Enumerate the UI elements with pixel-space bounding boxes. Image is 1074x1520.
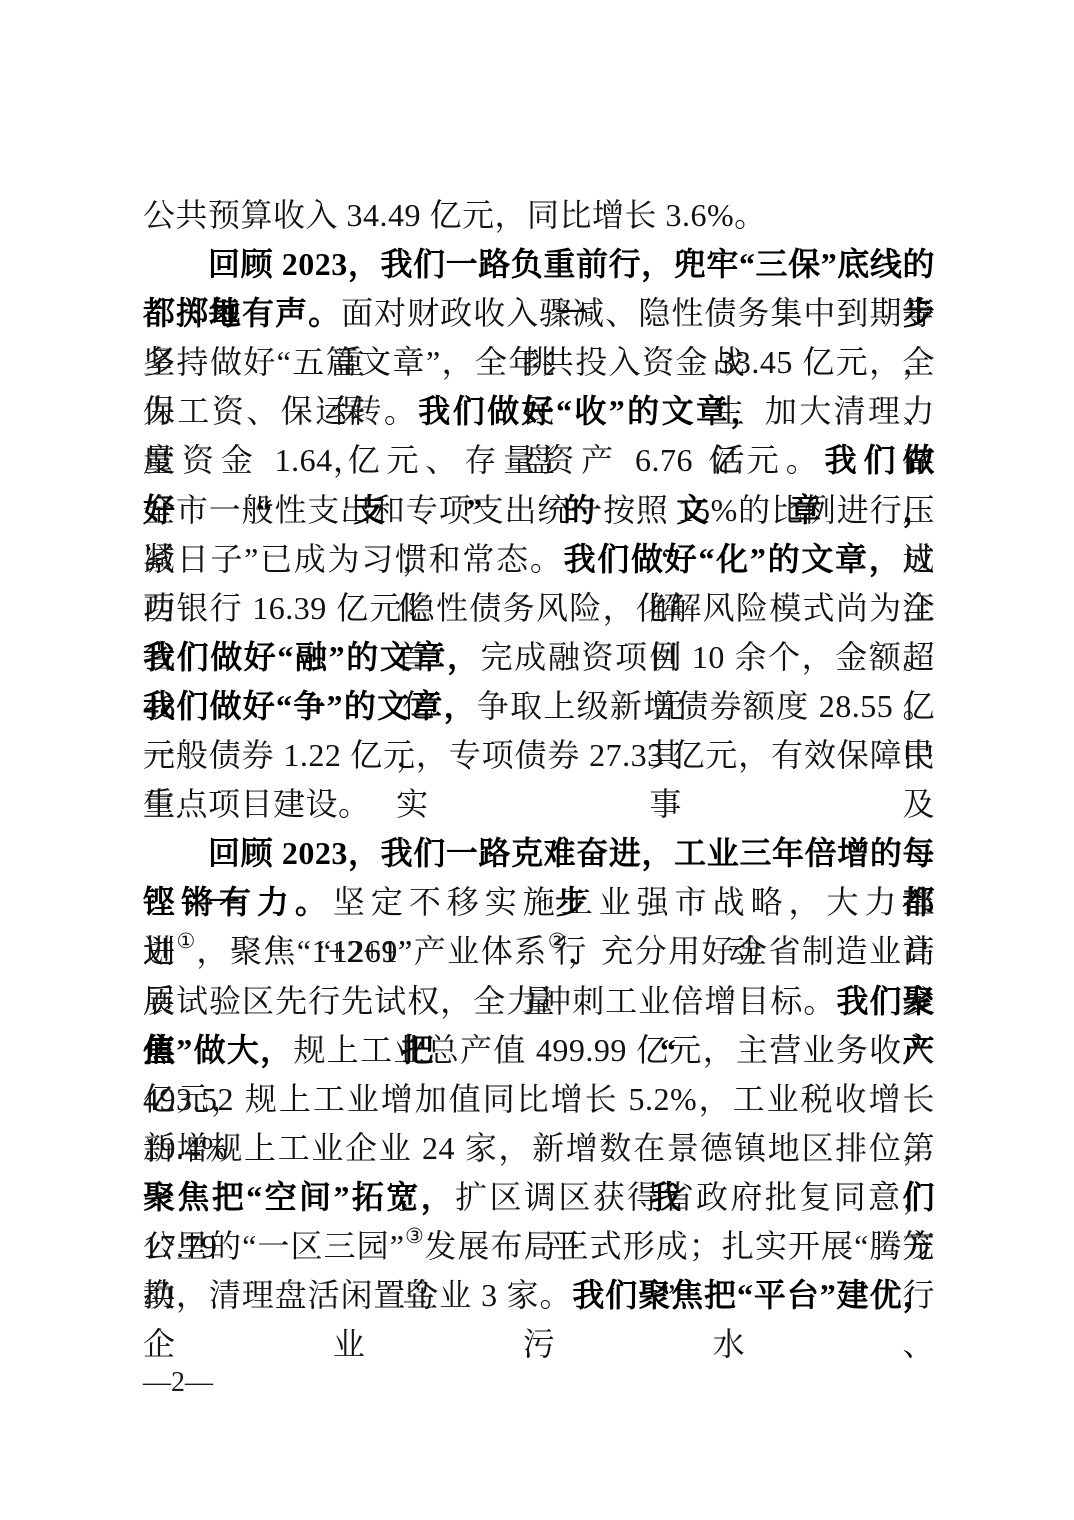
- text-segment: 值”做大，: [143, 1032, 293, 1068]
- text-line: 保工资、保运转。我们做好“收”的文章，加大清理力度，盘活存: [143, 387, 935, 436]
- text-line: 铿锵有力。坚定不移实施工业强市战略，大力推进“1269”行动计: [143, 878, 935, 927]
- text-line: 坚持做好“五篇文章”，全年共投入资金 33.45 亿元，全力保民生、: [143, 338, 935, 387]
- text-segment: 都掷地有声。: [143, 295, 341, 331]
- text-line: 展试验区先行先试权，全力冲刺工业倍增目标。我们聚焦把“产: [143, 977, 935, 1026]
- text-segment: 重点项目建设。: [143, 786, 371, 822]
- footnote-marker: ③: [404, 1224, 424, 1248]
- text-segment: 划: [143, 933, 177, 969]
- text-segment: 我们做好“争”的文章，: [143, 688, 477, 724]
- text-line: 我们做好“争”的文章，争取上级新增债券额度 28.55 亿元，其中: [143, 682, 935, 731]
- text-line: 紧日子”已成为习惯和常态。我们做好“化”的文章，成功化解江: [143, 535, 935, 584]
- text-line: 公共预算收入 34.49 亿元，同比增长 3.6%。: [143, 191, 935, 240]
- document-page: 公共预算收入 34.49 亿元，同比增长 3.6%。回顾 2023，我们一路负重…: [0, 0, 1074, 1520]
- text-line: 都掷地有声。面对财政收入骤减、隐性债务集中到期等多重挑战，: [143, 289, 935, 338]
- text-segment: 保工资、保运转。: [143, 393, 418, 429]
- text-segment: 公里的“一区三园”: [143, 1228, 404, 1264]
- text-line: 划①，聚焦“1+2+1”产业体系②，充分用好全省制造业高质量发: [143, 927, 935, 976]
- text-segment: 我们做好“收”的文章，: [418, 393, 765, 429]
- text-line: 全市一般性支出和专项支出统一按照 15%的比例进行压减，“过: [143, 486, 935, 535]
- text-segment: ，聚焦“1+2+1”产业体系: [196, 933, 547, 969]
- text-line: 一般债券 1.22 亿元，专项债券 27.33 亿元，有效保障民生实事及: [143, 731, 935, 780]
- text-line: 亿元，规上工业增加值同比增长 5.2%，工业税收增长 19.4%，: [143, 1075, 935, 1124]
- text-line: 量资金 1.64 亿元、存量资产 6.76 亿元。我们做好“支”的文章，: [143, 436, 935, 485]
- text-segment: 我们做好“化”的文章，: [564, 541, 903, 577]
- text-line: 我们做好“融”的文章，完成融资项目 10 余个，金额超 48 亿元。: [143, 633, 935, 682]
- page-number: —2—: [143, 1366, 213, 1400]
- text-segment: 企业污水、: [143, 1326, 935, 1362]
- text-line: 回顾 2023，我们一路负重前行，兜牢“三保”底线的每一步: [143, 240, 935, 289]
- text-segment: 紧日子”已成为习惯和常态。: [143, 541, 564, 577]
- text-segment: 展试验区先行先试权，全力冲刺工业倍增目标。: [143, 983, 836, 1019]
- text-segment: 铿锵有力。: [143, 884, 333, 920]
- text-line: 新增规上工业企业 24 家，新增数在景德镇地区排位第一。我们: [143, 1124, 935, 1173]
- document-body: 公共预算收入 34.49 亿元，同比增长 3.6%。回顾 2023，我们一路负重…: [143, 191, 935, 1320]
- text-line: 回顾 2023，我们一路克难奋进，工业三年倍增的每一步都: [143, 829, 935, 878]
- text-segment: 聚焦把“空间”拓宽，: [143, 1179, 455, 1215]
- text-line: 值”做大，规上工业总产值 499.99 亿元，主营业务收入 493.52: [143, 1026, 935, 1075]
- text-segment: 动，清理盘活闲置企业 3 家。: [143, 1277, 572, 1313]
- text-segment: 公共预算收入 34.49 亿元，同比增长 3.6%。: [143, 197, 767, 233]
- text-segment: 量资金 1.64 亿元、存量资产 6.76 亿元。: [143, 442, 825, 478]
- text-segment: 我们做好“融”的文章，: [143, 639, 481, 675]
- footnote-marker: ①: [177, 929, 197, 953]
- text-segment: 我们聚焦把“平台”建优，: [572, 1277, 935, 1313]
- text-line: 动，清理盘活闲置企业 3 家。我们聚焦把“平台”建优，企业污水、: [143, 1271, 935, 1320]
- text-line: 聚焦把“空间”拓宽，扩区调区获得省政府批复同意，17.79 平方: [143, 1173, 935, 1222]
- text-line: 公里的“一区三园”③发展布局正式形成；扎实开展“腾笼换鸟”行: [143, 1222, 935, 1271]
- text-line: 西银行 16.39 亿元隐性债务风险，化解风险模式尚为全省首例。: [143, 584, 935, 633]
- footnote-marker: ②: [548, 929, 568, 953]
